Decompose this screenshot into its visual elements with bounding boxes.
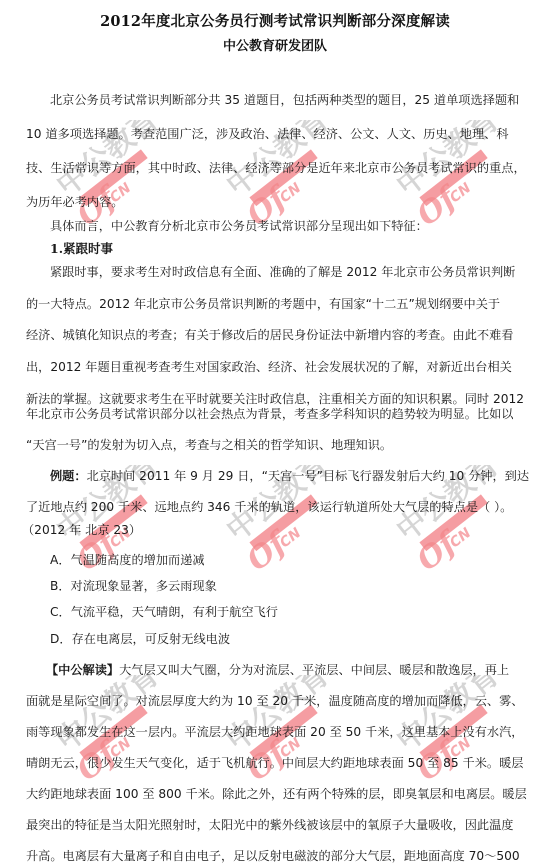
example-source: （2012 年 北京 23） <box>22 522 496 538</box>
paragraph-line: “天宫一号”的发射为切入点，考查与之相关的哲学知识、地理知识。 <box>26 437 500 453</box>
paragraph-line: 年北京市公务员考试常识部分以社会热点为背景，考查多学科知识的趋势较为明显。比如以 <box>26 406 500 422</box>
analysis-line: 升高。电离层有大量离子和自由电子，足以反射电磁波的部分大气层，距地面高度 70～… <box>26 848 500 864</box>
analysis-line: 【中公解读】大气层又叫大气圈，分为对流层、平流层、中间层、暖层和散逸层，再上 <box>46 662 500 678</box>
svg-text:中公教育: 中公教育 <box>50 675 166 759</box>
document-page: 中公教育OfCN中公教育OfCN中公教育OfCN中公教育OfCN中公教育OfCN… <box>0 0 550 868</box>
paragraph-line: 的一大特点。2012 年北京市公务员常识判断的考题中，有国家“十二五”规划纲要中… <box>26 296 500 312</box>
example-line: 了近地点约 200 千米、远地点约 346 千米的轨道，该运行轨道所处大气层的特… <box>26 499 500 515</box>
analysis-line: 雨等现象都发生在这一层内。平流层大约距地球表面 20 至 50 千米，这里基本上… <box>26 724 500 740</box>
option-a: A．气温随高度的增加而递减 <box>50 552 524 568</box>
paragraph-line: 具体而言，中公教育分析北京市公务员考试常识部分呈现出如下特征： <box>50 218 500 234</box>
paragraph-line: 经济、城镇化知识点的考查；有关于修改后的居民身份证法中新增内容的考查。由此不难看 <box>26 327 500 343</box>
option-c: C．气流平稳，天气晴朗，有利于航空飞行 <box>50 604 524 620</box>
analysis-line: 晴朗无云，很少发生天气变化，适于飞机航行。中间层大约距地球表面 50 至 85 … <box>26 755 500 771</box>
paragraph-line: 北京公务员考试常识判断部分共 35 道题目，包括两种类型的题目，25 道单项选择… <box>50 92 500 108</box>
example-label: 例题： <box>50 469 87 483</box>
document-subtitle: 中公教育研发团队 <box>0 38 550 56</box>
section-heading: 1.紧跟时事 <box>50 241 500 257</box>
svg-text:中公教育: 中公教育 <box>220 675 336 759</box>
analysis-line: 大约距地球表面 100 至 800 千米。除此之外，还有两个特殊的层，即臭氧层和… <box>26 786 500 802</box>
example-text: 北京时间 2011 年 9 月 29 日，“天宫一号”目标飞行器发射后大约 10… <box>87 469 529 483</box>
analysis-line: 面就是星际空间了。对流层厚度大约为 10 至 20 千米，温度随高度的增加而降低… <box>26 693 500 709</box>
example-line: 例题：北京时间 2011 年 9 月 29 日，“天宫一号”目标飞行器发射后大约… <box>50 468 500 484</box>
option-d: D．存在电离层，可反射无线电波 <box>50 631 524 647</box>
paragraph-line: 技、生活常识等方面，其中时政、法律、经济等部分是近年来北京市公务员考试常识的重点… <box>26 160 500 176</box>
svg-text:中公教育: 中公教育 <box>390 675 506 759</box>
paragraph-line: 新法的掌握。这就要求考生在平时就要关注时政信息，注重相关方面的知识积累。同时 2… <box>26 391 500 407</box>
option-b: B．对流现象显著，多云雨现象 <box>50 578 524 594</box>
paragraph-line: 紧跟时事，要求考生对时政信息有全面、准确的了解是 2012 年北京市公务员常识判… <box>50 264 500 280</box>
paragraph-line: 为历年必考内容。 <box>26 194 500 210</box>
analysis-line: 最突出的特征是当太阳光照射时，太阳光中的紫外线被该层中的氧原子大量吸收，因此温度 <box>26 817 500 833</box>
paragraph-line: 10 道多项选择题。考查范围广泛，涉及政治、法律、经济、公文、人文、历史、地理、… <box>26 126 500 142</box>
analysis-label: 【中公解读】 <box>46 663 119 677</box>
analysis-text: 大气层又叫大气圈，分为对流层、平流层、中间层、暖层和散逸层，再上 <box>119 663 509 677</box>
paragraph-line: 出，2012 年题目重视考查考生对国家政治、经济、社会发展状况的了解，对新近出台… <box>26 359 500 375</box>
document-title: 2012年度北京公务员行测考试常识判断部分深度解读 <box>0 12 550 32</box>
